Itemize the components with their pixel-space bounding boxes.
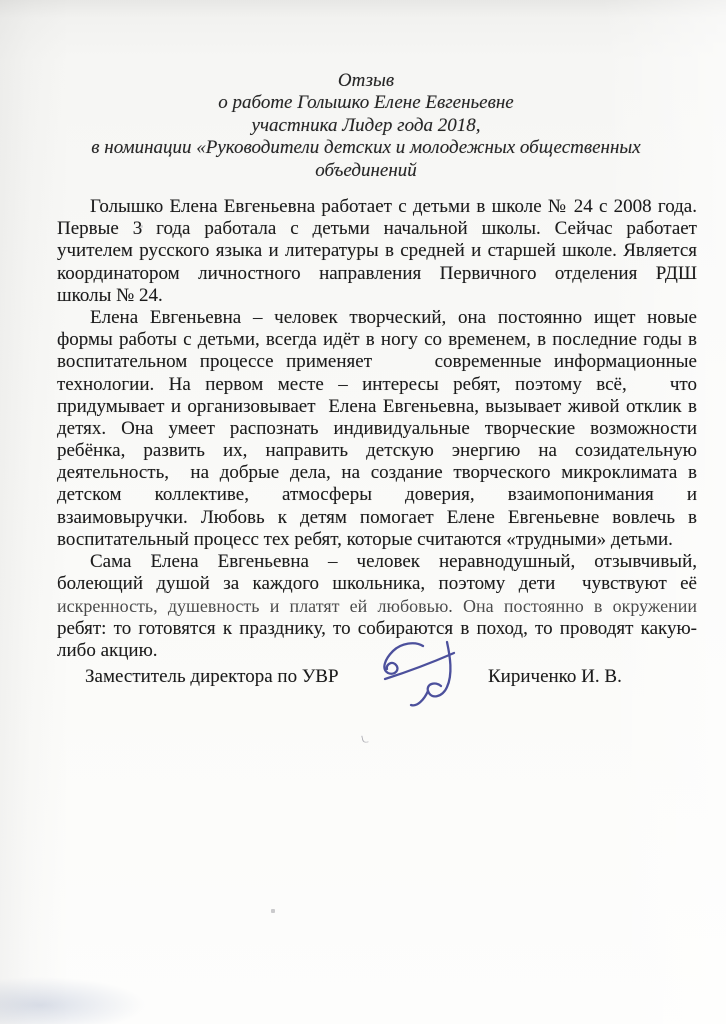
body-line: придумывает и организовывает Елена Евген… <box>57 396 697 418</box>
scan-ink-speck <box>361 734 369 743</box>
body-line: координатором личностного направления Пе… <box>57 263 697 285</box>
body-line: детском коллективе, атмосферы доверия, в… <box>57 484 697 506</box>
body-line: Сама Елена Евгеньевна – человек неравнод… <box>57 551 697 573</box>
body-line: искренность, душевность и платят ей любо… <box>57 595 697 617</box>
body-line: Елена Евгеньевна – человек творческий, о… <box>57 307 697 329</box>
body-line: учителем русского языка и литературы в с… <box>57 240 697 262</box>
body-line: школы № 24. <box>57 285 697 307</box>
signer-name: Кириченко И. В. <box>488 666 622 688</box>
body-line: технологии. На первом месте – интересы р… <box>57 374 697 396</box>
scan-ink-speck <box>140 225 143 228</box>
body-line: болеющий душой за каждого школьника, поэ… <box>57 573 697 595</box>
title-line: участника Лидер года 2018, <box>46 115 686 137</box>
title-line: в номинации «Руководители детских и моло… <box>46 137 686 159</box>
paragraph: Голышко Елена Евгеньевна работает с деть… <box>57 196 697 307</box>
body-line: взаимовыручки. Любовь к детям помогает Е… <box>57 507 697 529</box>
signature-block: Заместитель директора по УВР Кириченко И… <box>57 664 697 734</box>
body-line: детях. Она умеет распознать индивидуальн… <box>57 418 697 440</box>
title-line: Отзыв <box>46 70 686 92</box>
title-line: объединений <box>46 160 686 182</box>
scan-ink-speck <box>271 909 275 913</box>
handwritten-signature-icon <box>357 638 477 720</box>
document-title: Отзыв о работе Голышко Елене Евгеньевне … <box>46 70 686 182</box>
body-line: деятельность, на добрые дела, на создани… <box>57 462 697 484</box>
title-line: о работе Голышко Елене Евгеньевне <box>46 92 686 114</box>
scanned-document-page: Отзыв о работе Голышко Елене Евгеньевне … <box>0 0 726 1024</box>
document-body: Голышко Елена Евгеньевна работает с деть… <box>57 196 697 662</box>
body-line: Голышко Елена Евгеньевна работает с деть… <box>57 196 697 218</box>
body-line: Первые 3 года работала с детьми начально… <box>57 218 697 240</box>
paragraph: Елена Евгеньевна – человек творческий, о… <box>57 307 697 551</box>
signature-role-label: Заместитель директора по УВР <box>85 666 339 688</box>
body-line: воспитательном процессе применяет соврем… <box>57 351 697 373</box>
body-line: ребёнка, развить их, направить детскую э… <box>57 440 697 462</box>
body-line: воспитательный процесс тех ребят, которы… <box>57 529 697 551</box>
body-line: формы работы с детьми, всегда идёт в ног… <box>57 329 697 351</box>
body-line: ребят: то готовятся к празднику, то соби… <box>57 618 697 640</box>
